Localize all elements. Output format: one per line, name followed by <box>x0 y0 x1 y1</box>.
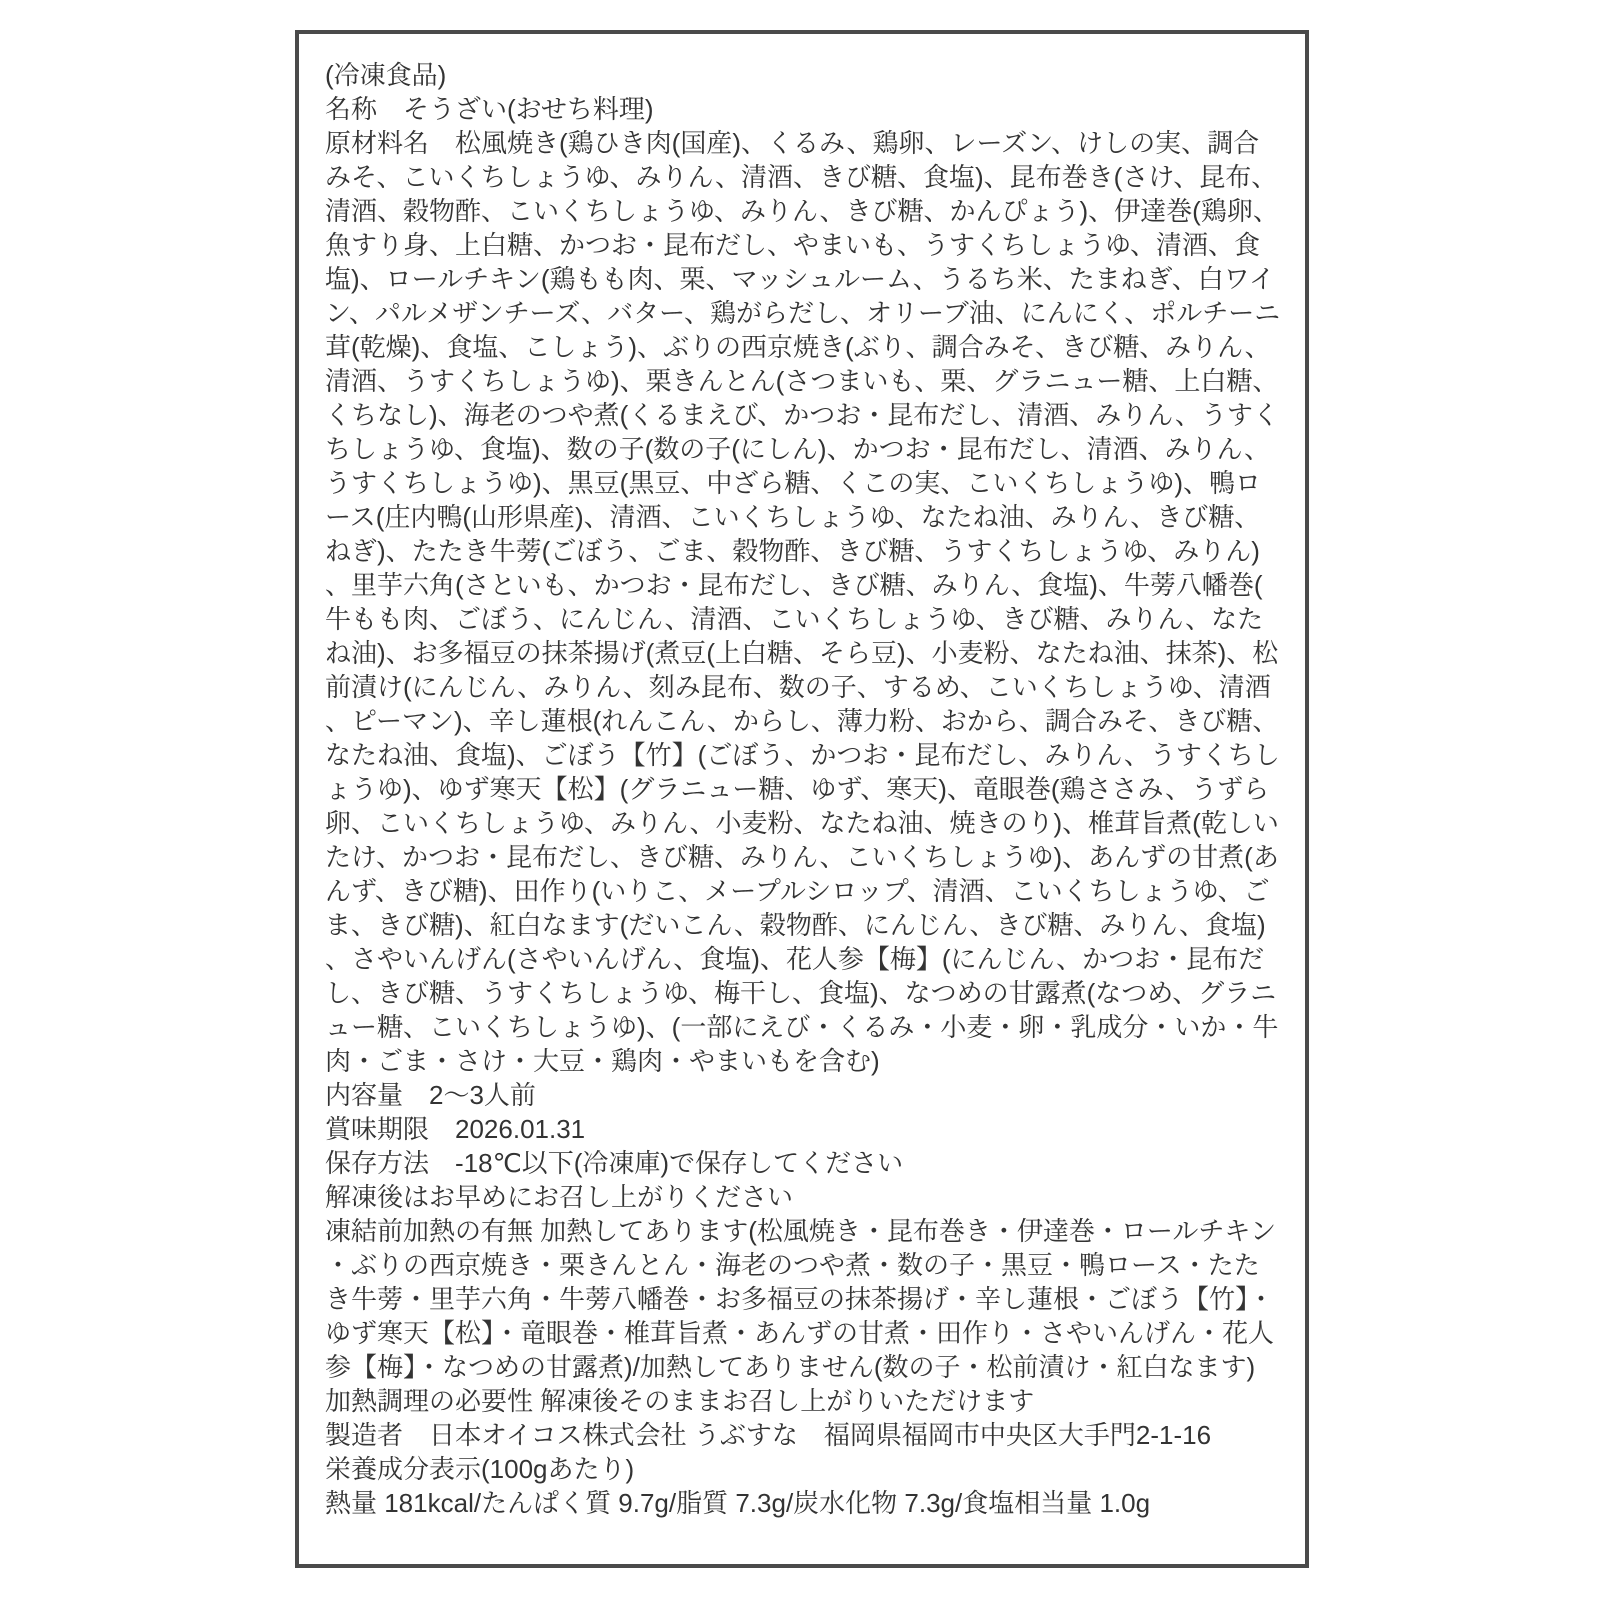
nutrition-values: 熱量 181kcal/たんぱく質 9.7g/脂質 7.3g/炭水化物 7.3g/… <box>325 1486 1281 1520</box>
manufacturer-row: 製造者 日本オイコス株式会社 うぶすな 福岡県福岡市中央区大手門2-1-16 <box>325 1418 1281 1452</box>
thaw-notice-row: 解凍後はお早めにお召し上がりください <box>325 1180 1281 1214</box>
cooking-need-row: 加熱調理の必要性 解凍後そのままお召し上がりいただけます <box>325 1384 1281 1418</box>
best-before-row: 賞味期限 2026.01.31 <box>325 1112 1281 1146</box>
preheat-status-row: 凍結前加熱の有無 加熱してあります(松風焼き・昆布巻き・伊達巻・ロールチキン・ぶ… <box>325 1214 1281 1384</box>
category-note: (冷凍食品) <box>325 58 1281 92</box>
storage-method-row: 保存方法 -18℃以下(冷凍庫)で保存してください <box>325 1146 1281 1180</box>
ingredients-row: 原材料名 松風焼き(鶏ひき肉(国産)、くるみ、鶏卵、レーズン、けしの実、調合みそ… <box>325 126 1281 1078</box>
net-content-row: 内容量 2～3人前 <box>325 1078 1281 1112</box>
nutrition-header: 栄養成分表示(100gあたり) <box>325 1452 1281 1486</box>
product-name-row: 名称 そうざい(おせち料理) <box>325 92 1281 126</box>
food-label-panel: (冷凍食品) 名称 そうざい(おせち料理) 原材料名 松風焼き(鶏ひき肉(国産)… <box>295 30 1309 1568</box>
